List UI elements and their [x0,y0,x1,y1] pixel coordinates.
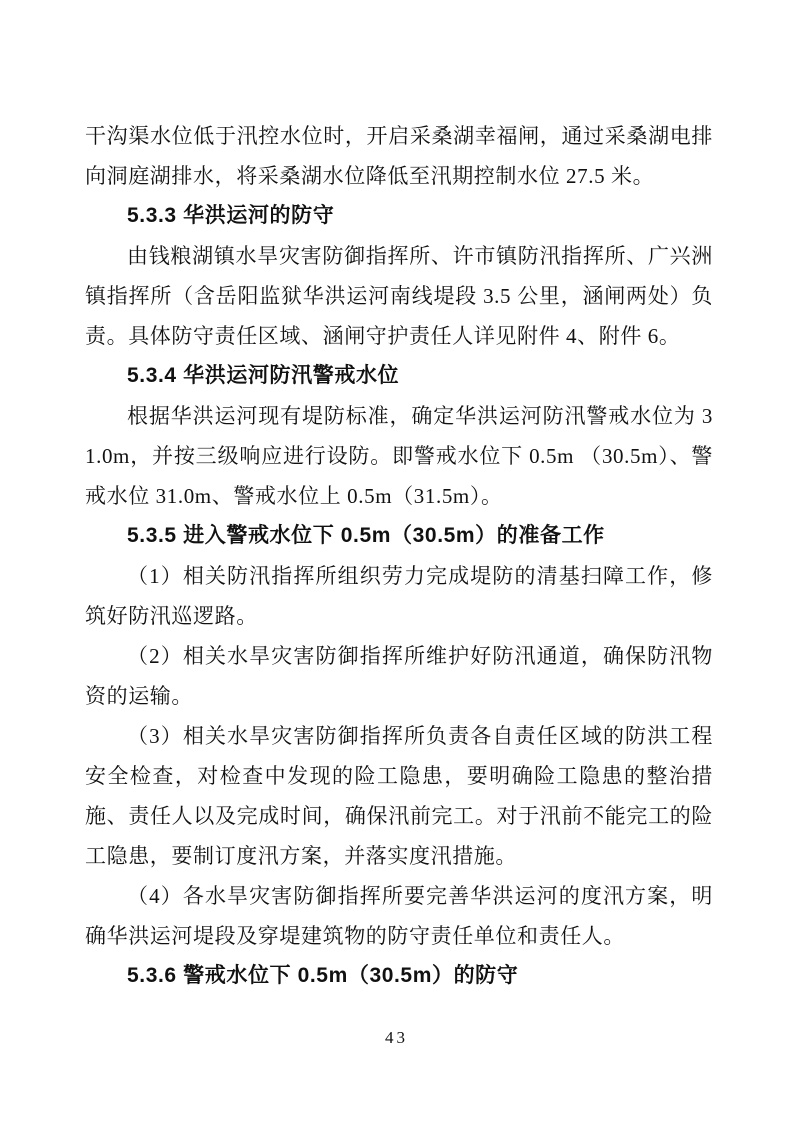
paragraph: 根据华洪运河现有堤防标准，确定华洪运河防汛警戒水位为 31.0m，并按三级响应进… [85,396,713,516]
paragraph-item-1: （1）相关防汛指挥所组织劳力完成堤防的清基扫障工作，修筑好防汛巡逻路。 [85,556,713,636]
paragraph-continued: 干沟渠水位低于汛控水位时，开启采桑湖幸福闸，通过采桑湖电排向洞庭湖排水，将采桑湖… [85,116,713,196]
paragraph-item-3: （3）相关水旱灾害防御指挥所负责各自责任区域的防洪工程安全检查，对检查中发现的险… [85,716,713,876]
page-number: 43 [0,1028,793,1048]
paragraph-item-2: （2）相关水旱灾害防御指挥所维护好防汛通道，确保防汛物资的运输。 [85,636,713,716]
paragraph-item-4: （4）各水旱灾害防御指挥所要完善华洪运河的度汛方案，明确华洪运河堤段及穿堤建筑物… [85,876,713,956]
paragraph: 由钱粮湖镇水旱灾害防御指挥所、许市镇防汛指挥所、广兴洲镇指挥所（含岳阳监狱华洪运… [85,236,713,356]
document-body: 干沟渠水位低于汛控水位时，开启采桑湖幸福闸，通过采桑湖电排向洞庭湖排水，将采桑湖… [85,116,713,996]
section-heading-5-3-3: 5.3.3 华洪运河的防守 [85,196,713,236]
document-page: 干沟渠水位低于汛控水位时，开启采桑湖幸福闸，通过采桑湖电排向洞庭湖排水，将采桑湖… [0,0,793,1122]
section-heading-5-3-6: 5.3.6 警戒水位下 0.5m（30.5m）的防守 [85,956,713,996]
section-heading-5-3-5: 5.3.5 进入警戒水位下 0.5m（30.5m）的准备工作 [85,516,713,556]
section-heading-5-3-4: 5.3.4 华洪运河防汛警戒水位 [85,356,713,396]
